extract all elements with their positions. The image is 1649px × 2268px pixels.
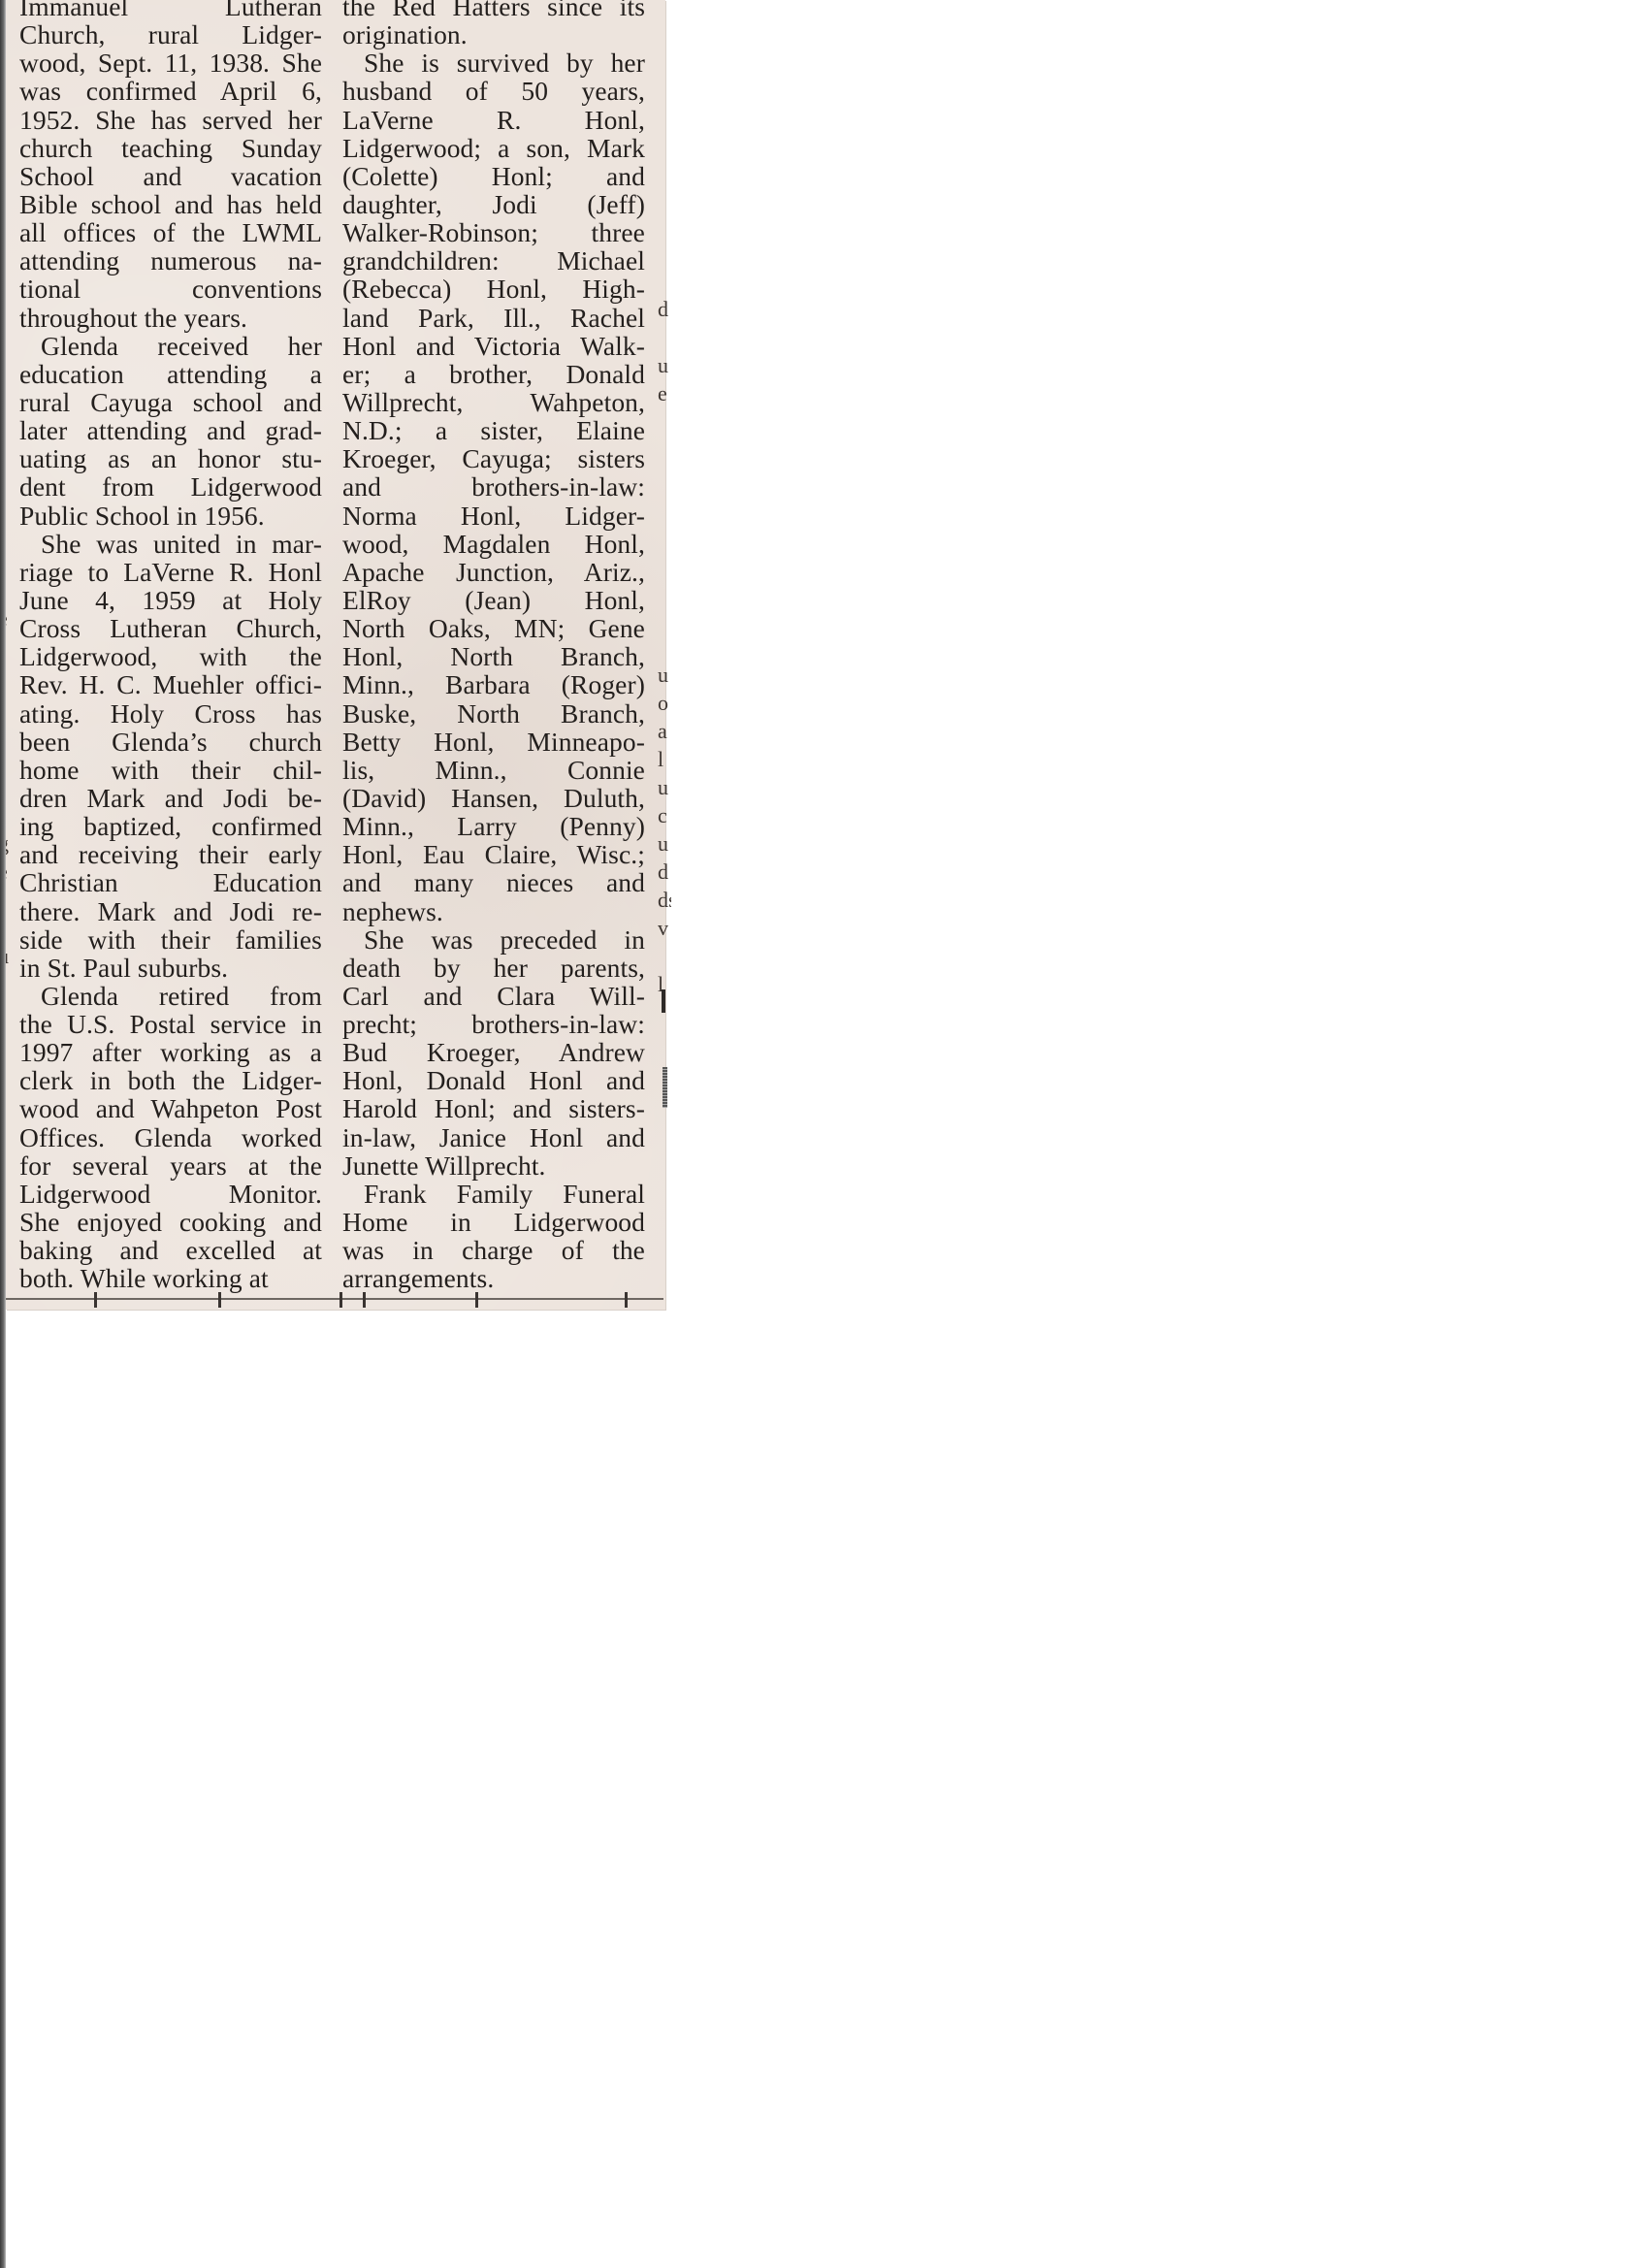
text-line: Honl, Eau Claire, Wisc.; <box>342 840 645 868</box>
fragment-glyph: v <box>658 914 671 942</box>
text-line: Offices. Glenda worked <box>19 1123 322 1151</box>
fragment-glyph: u <box>658 351 671 379</box>
text-line: Minn., Larry (Penny) <box>342 812 645 840</box>
fragment-glyph <box>6 801 16 829</box>
text-line: in-law, Janice Honl and <box>342 1123 645 1151</box>
text-line: Bible school and has held <box>19 190 322 218</box>
fragment-glyph: l <box>658 745 671 773</box>
fragment-glyph <box>6 379 16 407</box>
text-line: daughter, Jodi (Jeff) <box>342 190 645 218</box>
text-line: riage to LaVerne R. Honl <box>19 558 322 586</box>
fragment-glyph <box>658 436 671 464</box>
fragment-glyph <box>6 689 16 717</box>
text-line: all offices of the LWML <box>19 218 322 246</box>
fragment-glyph: g <box>6 829 16 858</box>
text-line: and receiving their early <box>19 840 322 868</box>
fragment-glyph: u <box>6 942 16 970</box>
text-line: was in charge of the <box>342 1236 645 1264</box>
text-line: grandchildren: Michael <box>342 246 645 275</box>
text-line: She is survived by her <box>342 49 645 77</box>
text-line: School and vacation <box>19 162 322 190</box>
text-line: throughout the years. <box>19 304 322 332</box>
text-line: Lidgerwood; a son, Mark <box>342 134 645 162</box>
text-line: Public School in 1956. <box>19 502 322 530</box>
fragment-glyph: u <box>658 773 671 801</box>
fragment-glyph <box>6 126 16 154</box>
fragment-glyph <box>658 267 671 295</box>
text-line: death by her parents, <box>342 954 645 982</box>
fragment-glyph <box>658 520 671 548</box>
fragment-glyph <box>6 661 16 689</box>
text-line: Glenda received her <box>19 332 322 360</box>
fragment-glyph <box>6 520 16 548</box>
fragment-glyph <box>658 407 671 436</box>
text-line: dent from Lidgerwood <box>19 472 322 501</box>
text-line: attending numerous na- <box>19 246 322 275</box>
text-line: ating. Holy Cross has <box>19 699 322 728</box>
rule-tick <box>363 1292 366 1308</box>
text-line: Apache Junction, Ariz., <box>342 558 645 586</box>
fragment-glyph: u <box>658 829 671 858</box>
text-line: in St. Paul suburbs. <box>19 954 322 982</box>
text-line: Honl and Victoria Walk- <box>342 332 645 360</box>
text-line: and many nieces and <box>342 868 645 896</box>
fragment-glyph <box>6 323 16 351</box>
text-line: home with their chil- <box>19 756 322 784</box>
fragment-glyph <box>6 492 16 520</box>
fragment-glyph: e <box>6 858 16 886</box>
text-line: land Park, Ill., Rachel <box>342 304 645 332</box>
fragment-glyph: s <box>6 773 16 801</box>
text-line: lis, Minn., Connie <box>342 756 645 784</box>
newspaper-clipping: t e sts ge u Immanuel LutheranChurch, ru… <box>6 0 665 1310</box>
text-line: Christian Education <box>19 868 322 896</box>
text-line: She was preceded in <box>342 925 645 954</box>
text-line: Kroeger, Cayuga; sisters <box>342 444 645 472</box>
text-line: 1997 after working as a <box>19 1038 322 1066</box>
text-line: there. Mark and Jodi re- <box>19 897 322 925</box>
text-line: North Oaks, MN; Gene <box>342 614 645 642</box>
text-line: Church, rural Lidger- <box>19 20 322 49</box>
rule-tick <box>339 1292 342 1308</box>
fragment-glyph: o <box>658 689 671 717</box>
fragment-glyph <box>658 548 671 576</box>
text-line: Junette Willprecht. <box>342 1151 645 1180</box>
text-line: baking and excelled at <box>19 1236 322 1264</box>
fragment-glyph <box>6 464 16 492</box>
fragment-glyph <box>658 126 671 154</box>
fragment-glyph <box>6 998 16 999</box>
column-rule-mark <box>662 989 665 1013</box>
fragment-glyph <box>6 886 16 914</box>
text-line: Honl, Donald Honl and <box>342 1066 645 1094</box>
rule-tick <box>218 1292 221 1308</box>
text-line: Lidgerwood, with the <box>19 642 322 670</box>
fragment-glyph <box>6 211 16 239</box>
text-line: uating as an honor stu- <box>19 444 322 472</box>
fragment-glyph: u <box>658 661 671 689</box>
text-line: both. While working at <box>19 1264 322 1292</box>
fragment-glyph <box>658 492 671 520</box>
fragment-glyph <box>658 604 671 632</box>
text-line: arrangements. <box>342 1264 645 1292</box>
rule-tick <box>625 1292 628 1308</box>
text-line: Immanuel Lutheran <box>19 0 322 20</box>
text-line: Willprecht, Wahpeton, <box>342 388 645 416</box>
text-line: later attending and grad- <box>19 416 322 444</box>
fragment-glyph <box>658 632 671 661</box>
text-line: Carl and Clara Will- <box>342 982 645 1010</box>
text-line: wood, Magdalen Honl, <box>342 530 645 558</box>
text-line: Harold Honl; and sisters- <box>342 1094 645 1122</box>
fragment-glyph: e <box>658 379 671 407</box>
text-line: She enjoyed cooking and <box>19 1208 322 1236</box>
rule-tick <box>475 1292 478 1308</box>
obituary-right-column: the Red Hatters since itsorigination.She… <box>342 0 645 1292</box>
fragment-glyph: a <box>658 717 671 745</box>
fragment-glyph <box>6 351 16 379</box>
text-line: dren Mark and Jodi be- <box>19 784 322 812</box>
fragment-glyph <box>6 154 16 182</box>
text-line: June 4, 1959 at Holy <box>19 586 322 614</box>
fragment-glyph <box>658 323 671 351</box>
text-line: and brothers-in-law: <box>342 472 645 501</box>
text-line: education attending a <box>19 360 322 388</box>
text-line: Bud Kroeger, Andrew <box>342 1038 645 1066</box>
fragment-glyph <box>658 182 671 211</box>
fragment-glyph: d <box>658 295 671 323</box>
text-line: Norma Honl, Lidger- <box>342 502 645 530</box>
text-line: Walker-Robinson; three <box>342 218 645 246</box>
text-line: clerk in both the Lidger- <box>19 1066 322 1094</box>
column-rule-mark <box>663 1067 667 1108</box>
adjacent-column-fragment-right: d ue uoalucuddsv l <box>658 126 671 999</box>
fragment-glyph <box>6 407 16 436</box>
text-line: wood, Sept. 11, 1938. She <box>19 49 322 77</box>
fragment-glyph <box>658 211 671 239</box>
fragment-glyph <box>6 970 16 998</box>
text-line: ElRoy (Jean) Honl, <box>342 586 645 614</box>
text-line: Betty Honl, Minneapo- <box>342 728 645 756</box>
text-line: Honl, North Branch, <box>342 642 645 670</box>
text-line: husband of 50 years, <box>342 77 645 105</box>
fragment-glyph <box>6 239 16 267</box>
fragment-glyph: t <box>6 548 16 576</box>
text-line: Cross Lutheran Church, <box>19 614 322 642</box>
fragment-glyph <box>6 576 16 604</box>
text-line: Minn., Barbara (Roger) <box>342 670 645 698</box>
fragment-glyph <box>658 576 671 604</box>
text-line: N.D.; a sister, Elaine <box>342 416 645 444</box>
text-line: (Rebecca) Honl, High- <box>342 275 645 303</box>
text-line: (Colette) Honl; and <box>342 162 645 190</box>
fragment-glyph <box>6 182 16 211</box>
text-line: 1952. She has served her <box>19 106 322 134</box>
fragment-glyph <box>658 942 671 970</box>
text-line: Rev. H. C. Muehler offici- <box>19 670 322 698</box>
fragment-glyph <box>6 295 16 323</box>
text-line: nephews. <box>342 897 645 925</box>
fragment-glyph <box>6 267 16 295</box>
text-line: church teaching Sunday <box>19 134 322 162</box>
fragment-glyph: c <box>658 801 671 829</box>
fragment-glyph <box>6 632 16 661</box>
text-line: ing baptized, confirmed <box>19 812 322 840</box>
text-line: origination. <box>342 20 645 49</box>
text-line: Glenda retired from <box>19 982 322 1010</box>
column-bottom-rule <box>6 1298 663 1300</box>
fragment-glyph: t <box>6 745 16 773</box>
text-line: Frank Family Funeral <box>342 1180 645 1208</box>
fragment-glyph: ds <box>658 886 671 914</box>
text-line: rural Cayuga school and <box>19 388 322 416</box>
text-line: tional conventions <box>19 275 322 303</box>
fragment-glyph <box>6 914 16 942</box>
fragment-glyph <box>6 436 16 464</box>
text-line: LaVerne R. Honl, <box>342 106 645 134</box>
text-line: She was united in mar- <box>19 530 322 558</box>
fragment-glyph: d <box>658 858 671 886</box>
rule-tick <box>94 1292 97 1308</box>
text-line: precht; brothers-in-law: <box>342 1010 645 1038</box>
fragment-glyph <box>658 239 671 267</box>
text-line: wood and Wahpeton Post <box>19 1094 322 1122</box>
text-line: been Glenda’s church <box>19 728 322 756</box>
fragment-glyph <box>658 154 671 182</box>
text-line: Home in Lidgerwood <box>342 1208 645 1236</box>
text-line: Buske, North Branch, <box>342 699 645 728</box>
text-line: the Red Hatters since its <box>342 0 645 20</box>
text-line: side with their families <box>19 925 322 954</box>
text-line: the U.S. Postal service in <box>19 1010 322 1038</box>
adjacent-column-fragment-left: t e sts ge u <box>6 126 16 999</box>
text-line: was confirmed April 6, <box>19 77 322 105</box>
fragment-glyph: s <box>6 717 16 745</box>
text-line: for several years at the <box>19 1151 322 1180</box>
obituary-left-column: Immanuel LutheranChurch, rural Lidger-wo… <box>19 0 322 1292</box>
fragment-glyph: e <box>6 604 16 632</box>
text-line: er; a brother, Donald <box>342 360 645 388</box>
text-line: Lidgerwood Monitor. <box>19 1180 322 1208</box>
text-line: (David) Hansen, Duluth, <box>342 784 645 812</box>
fragment-glyph <box>658 464 671 492</box>
